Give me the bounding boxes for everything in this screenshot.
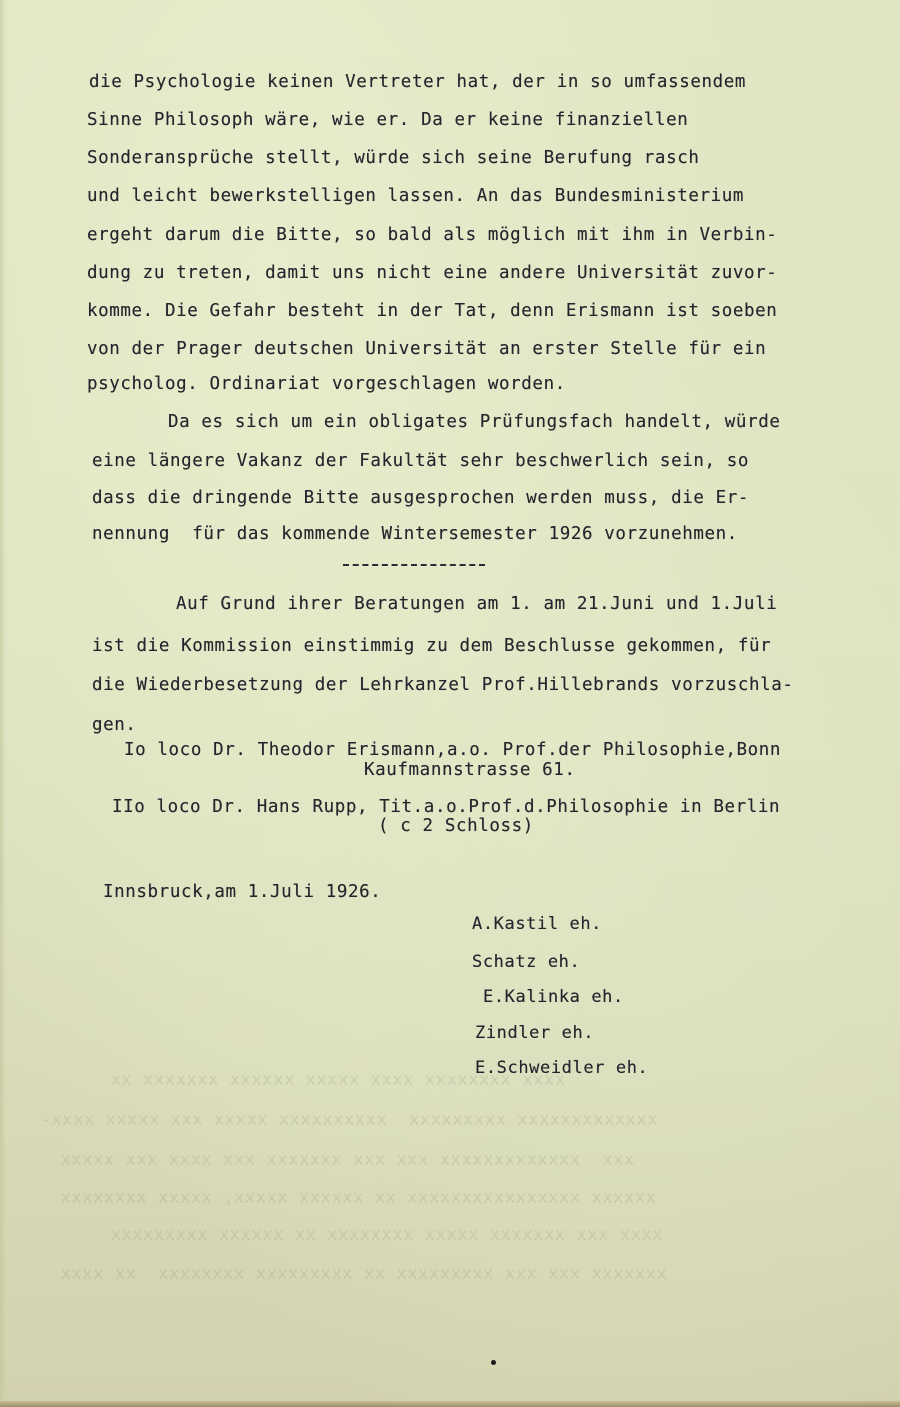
bleed-through-text: xxxx xxxxxxxx xxxx xxxxx xxxxxx xxxxxxx … <box>110 1070 565 1090</box>
signature: E.Kalinka eh. <box>483 987 624 1007</box>
candidate-1-line: Io loco Dr. Theodor Erismann,a.o. Prof.d… <box>124 740 781 760</box>
ink-dot <box>491 1360 496 1365</box>
bleed-through-text: xxxx xxx xxxxxxx xxxxx xxxxxxxx xx xxxxx… <box>110 1225 663 1245</box>
candidate-2-address: ( c 2 Schloss) <box>378 816 534 836</box>
text-line: die Psychologie keinen Vertreter hat, de… <box>89 72 746 92</box>
place-date: Innsbruck,am 1.Juli 1926. <box>103 882 381 902</box>
text-line: komme. Die Gefahr besteht in der Tat, de… <box>87 301 777 321</box>
text-line: ergeht darum die Bitte, so bald als mögl… <box>87 225 777 245</box>
candidate-1-address: Kaufmannstrasse 61. <box>364 760 576 780</box>
text-line: gen. <box>92 715 137 735</box>
signature: A.Kastil eh. <box>472 914 602 934</box>
text-line: dung zu treten, damit uns nicht eine and… <box>87 263 777 283</box>
document-page: die Psychologie keinen Vertreter hat, de… <box>0 0 900 1407</box>
text-line: nennung für das kommende Wintersemester … <box>92 524 738 544</box>
text-line: ist die Kommission einstimmig zu dem Bes… <box>92 636 771 656</box>
text-line: und leicht bewerkstelligen lassen. An da… <box>87 186 744 206</box>
text-line: Sinne Philosoph wäre, wie er. Da er kein… <box>87 110 688 130</box>
paper-bottom-edge <box>0 1401 900 1407</box>
bleed-through-text: xxx xxxxxxxxxxxxx xxx xxx xxxxxxx xxx xx… <box>60 1150 634 1170</box>
text-line: die Wiederbesetzung der Lehrkanzel Prof.… <box>92 675 794 695</box>
bleed-through-text: xxxxxx xxxxxxxxxxxxxxxx xx xxxxxx xxxxx,… <box>60 1188 656 1208</box>
bleed-through-text: xxxxxxx xxx xxx xxxxxxxxx xx xxxxxxxxx x… <box>60 1264 667 1284</box>
paper-left-edge <box>0 0 6 1407</box>
text-line: Auf Grund ihrer Beratungen am 1. am 21.J… <box>176 594 777 614</box>
signature: Zindler eh. <box>475 1023 594 1043</box>
candidate-2-line: IIo loco Dr. Hans Rupp, Tit.a.o.Prof.d.P… <box>112 797 780 817</box>
signature: Schatz eh. <box>472 952 580 972</box>
section-divider <box>343 564 485 566</box>
text-line: dass die dringende Bitte ausgesprochen w… <box>92 488 749 508</box>
text-line: Da es sich um ein obligates Prüfungsfach… <box>168 412 780 432</box>
text-line: eine längere Vakanz der Fakultät sehr be… <box>92 451 749 471</box>
bleed-through-text: xxxxxxxxxxxxx xxxxxxxxx xxxxxxxxxx xxxxx… <box>40 1110 658 1130</box>
text-line: psycholog. Ordinariat vorgeschlagen word… <box>87 374 566 394</box>
text-line: Sonderansprüche stellt, würde sich seine… <box>87 148 699 168</box>
text-line: von der Prager deutschen Universität an … <box>87 339 766 359</box>
